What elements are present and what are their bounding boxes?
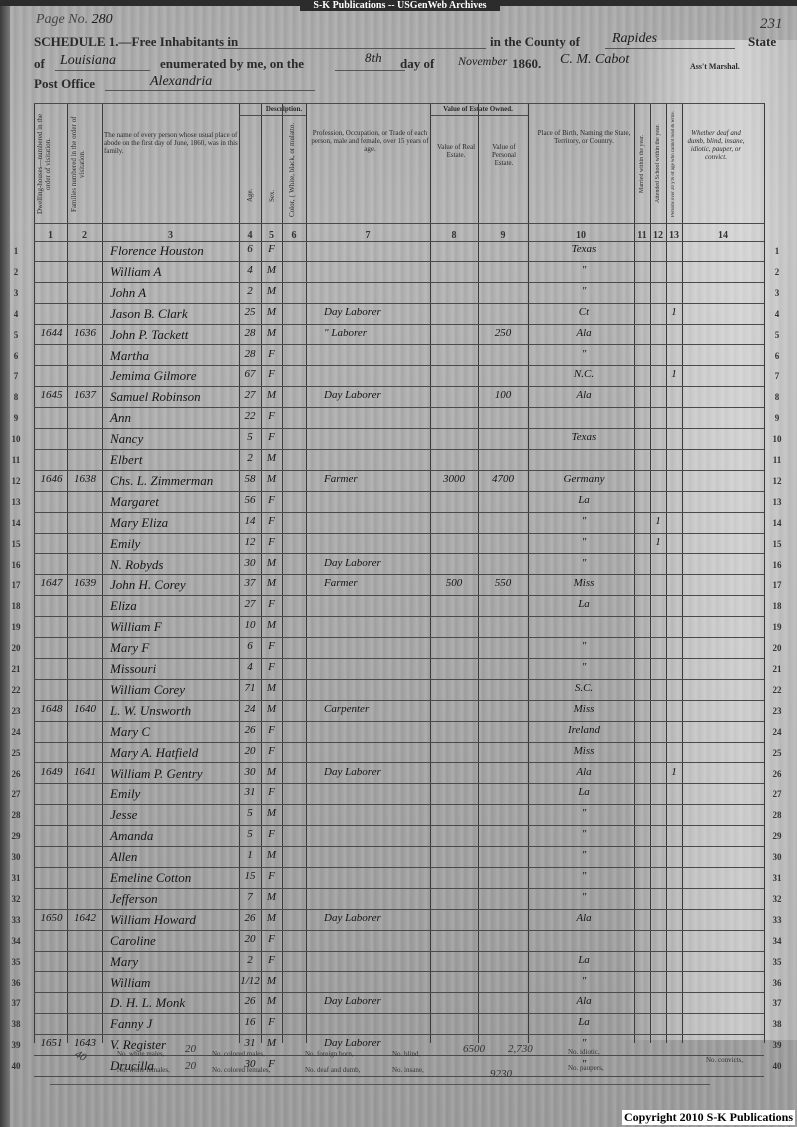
cell-name: Florence Houston: [110, 243, 204, 259]
cell-age: 6: [239, 640, 261, 652]
cell-sex: F: [261, 933, 282, 945]
col-header-description: Description.: [239, 105, 329, 113]
col-header-school: Attended School within the year.: [654, 109, 662, 219]
column-number: 11: [634, 230, 650, 241]
cell-sex: F: [261, 724, 282, 736]
cell-sex: F: [261, 745, 282, 757]
row-number-right: 37: [768, 998, 786, 1008]
cell-name: William: [110, 975, 150, 991]
county-label: in the County of: [490, 34, 580, 50]
column-number: 14: [682, 230, 764, 241]
census-page: S-K Publications -- USGenWeb Archives Pa…: [0, 0, 797, 1127]
table-row: Amanda5F": [34, 826, 764, 847]
footer-rule: [50, 1084, 710, 1085]
row-number-left: 38: [7, 1019, 25, 1029]
row-number-right: 3: [768, 288, 786, 298]
cell-age: 5: [239, 828, 261, 840]
row-number-left: 29: [7, 831, 25, 841]
cell-fam: 1637: [68, 389, 102, 401]
cell-name: Ann: [110, 410, 131, 426]
row-number-right: 15: [768, 539, 786, 549]
cell-birth: ": [534, 975, 634, 987]
row-number-right: 11: [768, 455, 786, 465]
table-row: Martha28F": [34, 346, 764, 367]
column-number: 1: [34, 230, 67, 241]
cell-sex: F: [261, 1016, 282, 1028]
row-number-left: 13: [7, 497, 25, 507]
row-number-left: 28: [7, 810, 25, 820]
cell-sex: M: [261, 327, 282, 339]
table-row: Mary Eliza14F"1: [34, 513, 764, 534]
cell-birth: La: [534, 786, 634, 798]
cell-name: Amanda: [110, 828, 153, 844]
row-number-left: 7: [7, 371, 25, 381]
white-females-label: No. white females,: [117, 1066, 170, 1074]
cell-occ: Day Laborer: [324, 389, 381, 401]
col-header-real-estate: Value of Real Estate.: [434, 143, 478, 159]
row-number-left: 11: [7, 455, 25, 465]
cell-name: Fanny J: [110, 1016, 152, 1032]
table-row: D. H. L. Monk26MDay LaborerAla: [34, 993, 764, 1014]
colored-males-label: No. colored males,: [212, 1050, 265, 1058]
table-row: Mary2FLa: [34, 952, 764, 973]
table-row: Florence Houston6FTexas: [34, 241, 764, 262]
cell-age: 20: [239, 745, 261, 757]
cell-birth: Miss: [534, 745, 634, 757]
col-header-name: The name of every person whose usual pla…: [104, 131, 239, 155]
row-number-left: 25: [7, 748, 25, 758]
row-number-right: 18: [768, 601, 786, 611]
cell-name: Mary: [110, 954, 138, 970]
row-number-left: 21: [7, 664, 25, 674]
cell-name: William F: [110, 619, 162, 635]
cell-sex: M: [261, 891, 282, 903]
table-row: Mary F6F": [34, 638, 764, 659]
row-number-right: 26: [768, 769, 786, 779]
cell-fam: 1636: [68, 327, 102, 339]
table-row: Ann22F: [34, 408, 764, 429]
table-row: Margaret56FLa: [34, 492, 764, 513]
col-header-birthplace: Place of Birth, Naming the State, Territ…: [534, 129, 634, 145]
cell-sex: F: [261, 368, 282, 380]
cell-birth: ": [534, 661, 634, 673]
table-row: Emily12F"1: [34, 534, 764, 555]
column-number: 4: [239, 230, 261, 241]
cell-sex: M: [261, 577, 282, 589]
cell-age: 5: [239, 431, 261, 443]
table-row: 16501642William Howard26MDay LaborerAla: [34, 910, 764, 931]
row-number-right: 10: [768, 434, 786, 444]
table-row: Mary C26FIreland: [34, 722, 764, 743]
table-row: 16461638Chs. L. Zimmerman58MFarmer300047…: [34, 471, 764, 492]
cell-occ: Farmer: [324, 577, 358, 589]
cell-age: 67: [239, 368, 261, 380]
cell-sex: M: [261, 1037, 282, 1049]
schedule-title: SCHEDULE 1.—Free Inhabitants in: [34, 34, 238, 50]
cell-name: Martha: [110, 348, 149, 364]
cell-pers: 100: [480, 389, 526, 401]
cell-birth: ": [534, 640, 634, 652]
county-blank: [605, 48, 735, 49]
cell-birth: Ala: [534, 912, 634, 924]
row-number-right: 14: [768, 518, 786, 528]
cell-pers: 4700: [480, 473, 526, 485]
cell-age: 14: [239, 515, 261, 527]
cell-birth: ": [534, 891, 634, 903]
cell-birth: ": [534, 828, 634, 840]
cell-age: 2: [239, 954, 261, 966]
row-number-right: 7: [768, 371, 786, 381]
cell-age: 71: [239, 682, 261, 694]
cell-c13: 1: [666, 766, 682, 778]
col-header-illiterate: Persons over 20 y'rs of age who cannot r…: [670, 109, 678, 219]
cell-age: 31: [239, 786, 261, 798]
insane-label: No. insane,: [392, 1066, 424, 1074]
cell-real: 3000: [432, 473, 476, 485]
row-number-left: 33: [7, 915, 25, 925]
cell-sex: M: [261, 703, 282, 715]
column-number: 8: [430, 230, 478, 241]
cell-birth: S.C.: [534, 682, 634, 694]
cell-name: Missouri: [110, 661, 156, 677]
cell-name: Samuel Robinson: [110, 389, 201, 405]
cell-sex: M: [261, 766, 282, 778]
cell-name: William P. Gentry: [110, 766, 203, 782]
cell-dw: 1650: [36, 912, 67, 924]
cell-age: 25: [239, 306, 261, 318]
cell-name: Jemima Gilmore: [110, 368, 197, 384]
row-number-right: 22: [768, 685, 786, 695]
table-row: Elbert2M: [34, 450, 764, 471]
marshal-label: Ass't Marshal.: [690, 62, 740, 71]
cell-dw: 1651: [36, 1037, 67, 1049]
cell-age: 2: [239, 452, 261, 464]
cell-name: Nancy: [110, 431, 143, 447]
cell-sex: M: [261, 619, 282, 631]
row-number-right: 27: [768, 789, 786, 799]
of-label: of: [34, 56, 45, 72]
county-value: Rapides: [612, 31, 657, 47]
cell-sex: F: [261, 243, 282, 255]
white-males-value: 20: [185, 1043, 196, 1055]
table-row: William1/12M": [34, 973, 764, 994]
cell-name: Mary A. Hatfield: [110, 745, 198, 761]
cell-age: 5: [239, 807, 261, 819]
row-number-right: 35: [768, 957, 786, 967]
row-number-right: 21: [768, 664, 786, 674]
cell-occ: Day Laborer: [324, 912, 381, 924]
cell-age: 16: [239, 1016, 261, 1028]
cell-birth: La: [534, 1016, 634, 1028]
cell-birth: La: [534, 954, 634, 966]
cell-occ: Farmer: [324, 473, 358, 485]
row-number-right: 9: [768, 413, 786, 423]
blank-line: [218, 48, 486, 49]
table-row: Mary A. Hatfield20FMiss: [34, 743, 764, 764]
colored-females-label: No. colored females,: [212, 1066, 270, 1074]
table-row: Eliza27FLa: [34, 596, 764, 617]
row-number-right: 28: [768, 810, 786, 820]
year-value: 1860.: [512, 56, 541, 72]
cell-age: 27: [239, 598, 261, 610]
cell-name: Emily: [110, 786, 140, 802]
cell-c12: 1: [650, 515, 666, 527]
row-number-right: 24: [768, 727, 786, 737]
row-number-left: 12: [7, 476, 25, 486]
row-number-right: 29: [768, 831, 786, 841]
cell-name: Jason B. Clark: [110, 306, 188, 322]
census-table: Dwelling-houses—numbered in the order of…: [34, 103, 764, 1043]
col-header-sex: Sex.: [268, 173, 276, 218]
cell-sex: F: [261, 598, 282, 610]
cell-occ: Day Laborer: [324, 557, 381, 569]
row-number-left: 15: [7, 539, 25, 549]
cell-c12: 1: [650, 536, 666, 548]
cell-name: L. W. Unsworth: [110, 703, 191, 719]
table-row: 16491641William P. Gentry30MDay LaborerA…: [34, 764, 764, 785]
table-top-rule: [34, 103, 764, 104]
post-office-value: Alexandria: [150, 74, 212, 90]
cell-birth: ": [534, 264, 634, 276]
column-number: 3: [102, 230, 239, 241]
watermark-banner: S-K Publications -- USGenWeb Archives: [300, 0, 500, 11]
table-row: Jason B. Clark25MDay LaborerCt1: [34, 304, 764, 325]
row-number-right: 40: [768, 1061, 786, 1071]
cell-age: 30: [239, 766, 261, 778]
cell-birth: ": [534, 285, 634, 297]
cell-name: William A: [110, 264, 161, 280]
cell-sex: M: [261, 682, 282, 694]
row-number-left: 30: [7, 852, 25, 862]
row-number-right: 30: [768, 852, 786, 862]
cell-birth: ": [534, 557, 634, 569]
row-number-left: 36: [7, 978, 25, 988]
cell-occ: " Laborer: [324, 327, 367, 339]
cell-birth: ": [534, 849, 634, 861]
cell-birth: Miss: [534, 577, 634, 589]
description-rule: [239, 115, 306, 116]
table-row: Caroline20F: [34, 931, 764, 952]
table-row: 16441636John P. Tackett28M" Laborer250Al…: [34, 325, 764, 346]
cell-name: Mary C: [110, 724, 150, 740]
row-number-left: 22: [7, 685, 25, 695]
row-number-right: 25: [768, 748, 786, 758]
cell-birth: Ireland: [534, 724, 634, 736]
col-header-dwelling: Dwelling-houses—numbered in the order of…: [36, 109, 64, 219]
cell-fam: 1643: [68, 1037, 102, 1049]
cell-sex: F: [261, 494, 282, 506]
cell-age: 27: [239, 389, 261, 401]
row-number-left: 23: [7, 706, 25, 716]
cell-name: Jefferson: [110, 891, 158, 907]
cell-birth: N.C.: [534, 368, 634, 380]
row-number-right: 31: [768, 873, 786, 883]
cell-fam: 1638: [68, 473, 102, 485]
cell-age: 26: [239, 724, 261, 736]
state-label: State: [748, 34, 776, 50]
column-number: 13: [666, 230, 682, 241]
cell-sex: M: [261, 912, 282, 924]
cell-name: Mary F: [110, 640, 149, 656]
row-number-left: 14: [7, 518, 25, 528]
cell-birth: ": [534, 515, 634, 527]
cell-birth: ": [534, 870, 634, 882]
cell-name: Allen: [110, 849, 137, 865]
cell-occ: Day Laborer: [324, 1037, 381, 1049]
cell-dw: 1647: [36, 577, 67, 589]
cell-birth: La: [534, 494, 634, 506]
cell-sex: M: [261, 452, 282, 464]
table-row: Jesse5M": [34, 805, 764, 826]
cell-age: 31: [239, 1037, 261, 1049]
cell-sex: M: [261, 807, 282, 819]
cell-c13: 1: [666, 306, 682, 318]
col-header-married: Married within the year.: [638, 109, 646, 219]
cell-sex: F: [261, 661, 282, 673]
cell-sex: F: [261, 640, 282, 652]
cell-age: 58: [239, 473, 261, 485]
row-number-right: 13: [768, 497, 786, 507]
row-number-right: 8: [768, 392, 786, 402]
row-number-right: 5: [768, 330, 786, 340]
paupers-label: No. paupers,: [568, 1064, 604, 1072]
stamped-page-number: 231: [760, 16, 783, 33]
cell-birth: Texas: [534, 431, 634, 443]
cell-occ: Day Laborer: [324, 306, 381, 318]
row-number-right: 12: [768, 476, 786, 486]
cell-age: 37: [239, 577, 261, 589]
cell-sex: M: [261, 389, 282, 401]
row-number-right: 4: [768, 309, 786, 319]
cell-name: John A: [110, 285, 146, 301]
cell-sex: F: [261, 954, 282, 966]
table-row: Emeline Cotton15F": [34, 868, 764, 889]
row-number-left: 35: [7, 957, 25, 967]
cell-name: Chs. L. Zimmerman: [110, 473, 213, 489]
table-row: 16471639John H. Corey37MFarmer500550Miss: [34, 575, 764, 596]
cell-fam: 1640: [68, 703, 102, 715]
cell-birth: Ala: [534, 766, 634, 778]
row-number-left: 10: [7, 434, 25, 444]
white-females-value: 20: [185, 1060, 196, 1072]
idiotic-label: No. idiotic,: [568, 1048, 600, 1056]
table-row: Nancy5FTexas: [34, 429, 764, 450]
cell-sex: M: [261, 849, 282, 861]
post-office-label: Post Office: [34, 76, 95, 92]
cell-sex: F: [261, 348, 282, 360]
table-row: Fanny J16FLa: [34, 1014, 764, 1035]
cell-name: D. H. L. Monk: [110, 995, 185, 1011]
row-number-left: 2: [7, 267, 25, 277]
row-number-left: 9: [7, 413, 25, 423]
page-number-label: Page No. 280: [36, 12, 113, 28]
row-number-left: 6: [7, 351, 25, 361]
cell-age: 28: [239, 348, 261, 360]
cell-age: 22: [239, 410, 261, 422]
column-number: 6: [282, 230, 306, 241]
row-number-right: 38: [768, 1019, 786, 1029]
row-number-right: 33: [768, 915, 786, 925]
estate-rule: [430, 115, 528, 116]
row-number-right: 17: [768, 580, 786, 590]
state-value: Louisiana: [60, 53, 116, 69]
column-number: 5: [261, 230, 282, 241]
table-row: N. Robyds30MDay Laborer": [34, 555, 764, 576]
enumerated-label: enumerated by me, on the: [160, 56, 304, 72]
row-number-left: 34: [7, 936, 25, 946]
cell-name: John H. Corey: [110, 577, 186, 593]
cell-name: William Corey: [110, 682, 185, 698]
cell-name: Margaret: [110, 494, 159, 510]
cell-birth: Ala: [534, 327, 634, 339]
cell-age: 12: [239, 536, 261, 548]
estate-grand-total: 9230: [490, 1068, 512, 1080]
cell-dw: 1644: [36, 327, 67, 339]
cell-birth: La: [534, 598, 634, 610]
cell-age: 10: [239, 619, 261, 631]
cell-sex: F: [261, 431, 282, 443]
table-row: Missouri4F": [34, 659, 764, 680]
state-blank: [55, 70, 150, 71]
cell-sex: M: [261, 306, 282, 318]
marshal-name: C. M. Cabot: [560, 52, 629, 68]
cell-age: 28: [239, 327, 261, 339]
row-number-left: 20: [7, 643, 25, 653]
month-value: November: [458, 54, 507, 69]
cell-birth: ": [534, 348, 634, 360]
cell-sex: M: [261, 264, 282, 276]
cell-dw: 1649: [36, 766, 67, 778]
cell-age: 24: [239, 703, 261, 715]
cell-sex: F: [261, 870, 282, 882]
row-number-left: 39: [7, 1040, 25, 1050]
cell-sex: M: [261, 975, 282, 987]
cell-name: John P. Tackett: [110, 327, 188, 343]
cell-birth: Texas: [534, 243, 634, 255]
cell-age: 2: [239, 285, 261, 297]
cell-pers: 550: [480, 577, 526, 589]
cell-age: 26: [239, 995, 261, 1007]
cell-fam: 1641: [68, 766, 102, 778]
row-rule: [34, 1076, 764, 1077]
row-number-right: 1: [768, 246, 786, 256]
row-number-left: 4: [7, 309, 25, 319]
column-number: 2: [67, 230, 102, 241]
col-header-occupation: Profession, Occupation, or Trade of each…: [310, 129, 430, 153]
table-row: William F10M: [34, 617, 764, 638]
real-estate-total: 6500: [463, 1043, 485, 1055]
col-header-age: Age.: [246, 173, 254, 218]
row-number-left: 40: [7, 1061, 25, 1071]
row-number-right: 36: [768, 978, 786, 988]
row-number-right: 6: [768, 351, 786, 361]
cell-age: 6: [239, 243, 261, 255]
row-number-left: 27: [7, 789, 25, 799]
row-number-right: 16: [768, 560, 786, 570]
grid-column-line: [764, 103, 765, 1043]
table-row: William Corey71MS.C.: [34, 680, 764, 701]
col-header-color: Color, { White, black, or mulatto.: [288, 121, 302, 219]
cell-age: 26: [239, 912, 261, 924]
row-number-right: 34: [768, 936, 786, 946]
row-number-right: 32: [768, 894, 786, 904]
cell-dw: 1648: [36, 703, 67, 715]
row-number-left: 26: [7, 769, 25, 779]
cell-sex: F: [261, 515, 282, 527]
white-males-label: No. white males,: [117, 1050, 164, 1058]
column-number: 7: [306, 230, 430, 241]
cell-name: Mary Eliza: [110, 515, 168, 531]
